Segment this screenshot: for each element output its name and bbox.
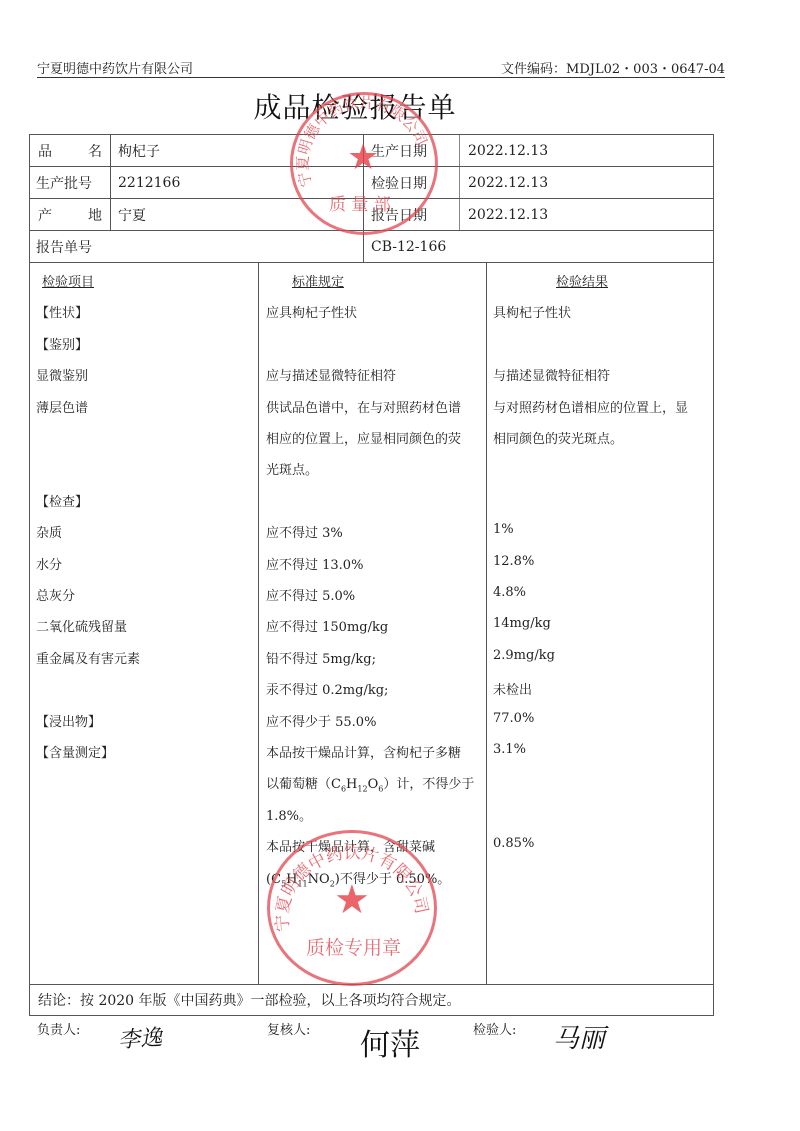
reviewer-signature: 何萍 xyxy=(360,1020,420,1064)
col-header-item: 检验项目 xyxy=(42,271,94,290)
name-label: 品 名 xyxy=(38,135,102,166)
standard-text: 应不得过 3% xyxy=(266,522,343,541)
divider xyxy=(363,135,364,166)
standard-text: 应具枸杞子性状 xyxy=(266,302,357,321)
divider xyxy=(258,263,259,984)
standard-text: 应不得过 150mg/kg xyxy=(266,616,388,635)
standard-text: (C5H11NO2)不得少于 0.50%。 xyxy=(266,868,450,889)
test-item: 水分 xyxy=(36,554,62,573)
divider xyxy=(110,167,111,198)
test-item: 【浸出物】 xyxy=(36,711,101,730)
inspector-signature: 马丽 xyxy=(553,1018,605,1055)
name-label-b: 名 xyxy=(88,141,102,161)
standard-text: 相应的位置上，应显相同颜色的荧 xyxy=(266,428,461,447)
result-text: 与描述显微特征相符 xyxy=(493,365,610,384)
standard-text: 光斑点。 xyxy=(266,459,318,478)
test-item: 【含量测定】 xyxy=(36,742,114,761)
report-no-value: CB-12-166 xyxy=(371,231,446,262)
test-item: 【性状】 xyxy=(36,302,88,321)
standard-text: 铅不得过 5mg/kg; xyxy=(266,648,376,667)
result-text: 14mg/kg xyxy=(493,616,551,631)
name-value: 枸杞子 xyxy=(118,135,160,166)
report-title: 成品检验报告单 xyxy=(0,86,710,126)
result-text: 4.8% xyxy=(493,585,526,600)
divider xyxy=(459,167,460,198)
origin-label-a: 产 xyxy=(38,205,52,225)
result-text: 与对照药材色谱相应的位置上，显 xyxy=(493,397,688,416)
result-text: 未检出 xyxy=(493,679,532,698)
col-header-result: 检验结果 xyxy=(556,271,608,290)
standard-text: 1.8%。 xyxy=(266,805,312,824)
document-code: 文件编码：MDJL02・003・0647-04 xyxy=(501,58,725,77)
report-no-label: 报告单号 xyxy=(36,231,92,262)
divider xyxy=(459,199,460,230)
responsible-signature: 李逸 xyxy=(117,1021,163,1055)
result-text: 77.0% xyxy=(493,711,534,726)
info-row-origin: 产 地 宁夏 报告日期 2022.12.13 xyxy=(30,199,713,231)
divider xyxy=(110,135,111,166)
result-text: 0.85% xyxy=(493,836,534,851)
divider xyxy=(110,199,111,230)
name-label-a: 品 xyxy=(38,141,52,161)
batch-label: 生产批号 xyxy=(36,167,92,198)
standard-text: 应不得过 5.0% xyxy=(266,585,355,604)
standard-text: 应不得过 13.0% xyxy=(266,554,363,573)
divider xyxy=(459,135,460,166)
result-text: 具枸杞子性状 xyxy=(493,302,571,321)
info-row-report-no: 报告单号 CB-12-166 xyxy=(30,231,713,263)
standard-text: 以葡萄糖（C6H12O6）计，不得少于 xyxy=(266,773,474,794)
header-divider xyxy=(37,77,725,78)
reviewer-label: 复核人: xyxy=(267,1019,310,1038)
result-text: 1% xyxy=(493,522,514,537)
test-item: 显微鉴别 xyxy=(36,365,88,384)
standard-text: 本品按干燥品计算，含甜菜碱 xyxy=(266,836,435,855)
origin-label-b: 地 xyxy=(88,205,102,225)
divider xyxy=(363,199,364,230)
standard-text: 本品按干燥品计算，含枸杞子多糖 xyxy=(266,742,461,761)
standard-text: 汞不得过 0.2mg/kg; xyxy=(266,679,388,698)
result-text: 相同颜色的荧光斑点。 xyxy=(493,428,623,447)
test-item: 重金属及有害元素 xyxy=(36,648,140,667)
test-item: 【鉴别】 xyxy=(36,334,88,353)
responsible-label: 负责人: xyxy=(37,1019,80,1038)
report-date-value: 2022.12.13 xyxy=(468,199,548,230)
test-item: 薄层色谱 xyxy=(36,397,88,416)
col-header-standard: 标准规定 xyxy=(292,271,344,290)
prod-date-value: 2022.12.13 xyxy=(468,135,548,166)
report-table: 品 名 枸杞子 生产日期 2022.12.13 生产批号 2212166 检验日… xyxy=(29,134,714,1016)
standard-text: 应与描述显微特征相符 xyxy=(266,365,396,384)
report-date-label: 报告日期 xyxy=(371,199,427,230)
test-date-label: 检验日期 xyxy=(371,167,427,198)
result-text: 3.1% xyxy=(493,742,526,757)
info-row-name: 品 名 枸杞子 生产日期 2022.12.13 xyxy=(30,135,713,167)
standard-text: 供试品色谱中，在与对照药材色谱 xyxy=(266,397,461,416)
test-item: 二氧化硫残留量 xyxy=(36,616,127,635)
inspector-label: 检验人: xyxy=(473,1019,516,1038)
divider xyxy=(486,263,487,984)
test-item: 总灰分 xyxy=(36,585,75,604)
test-results-section: 检验项目 标准规定 检验结果 【性状】应具枸杞子性状具枸杞子性状【鉴别】显微鉴别… xyxy=(30,263,713,985)
origin-value: 宁夏 xyxy=(118,199,146,230)
info-row-batch: 生产批号 2212166 检验日期 2022.12.13 xyxy=(30,167,713,199)
divider xyxy=(363,167,364,198)
test-item: 【检查】 xyxy=(36,491,88,510)
company-name: 宁夏明德中药饮片有限公司 xyxy=(37,58,193,77)
test-date-value: 2022.12.13 xyxy=(468,167,548,198)
result-text: 12.8% xyxy=(493,554,534,569)
standard-text: 应不得少于 55.0% xyxy=(266,711,376,730)
test-item: 杂质 xyxy=(36,522,62,541)
result-text: 2.9mg/kg xyxy=(493,648,555,663)
conclusion: 结论：按 2020 年版《中国药典》一部检验，以上各项均符合规定。 xyxy=(30,985,713,1015)
batch-value: 2212166 xyxy=(118,167,180,198)
divider xyxy=(363,231,364,262)
prod-date-label: 生产日期 xyxy=(371,135,427,166)
origin-label: 产 地 xyxy=(38,199,102,230)
